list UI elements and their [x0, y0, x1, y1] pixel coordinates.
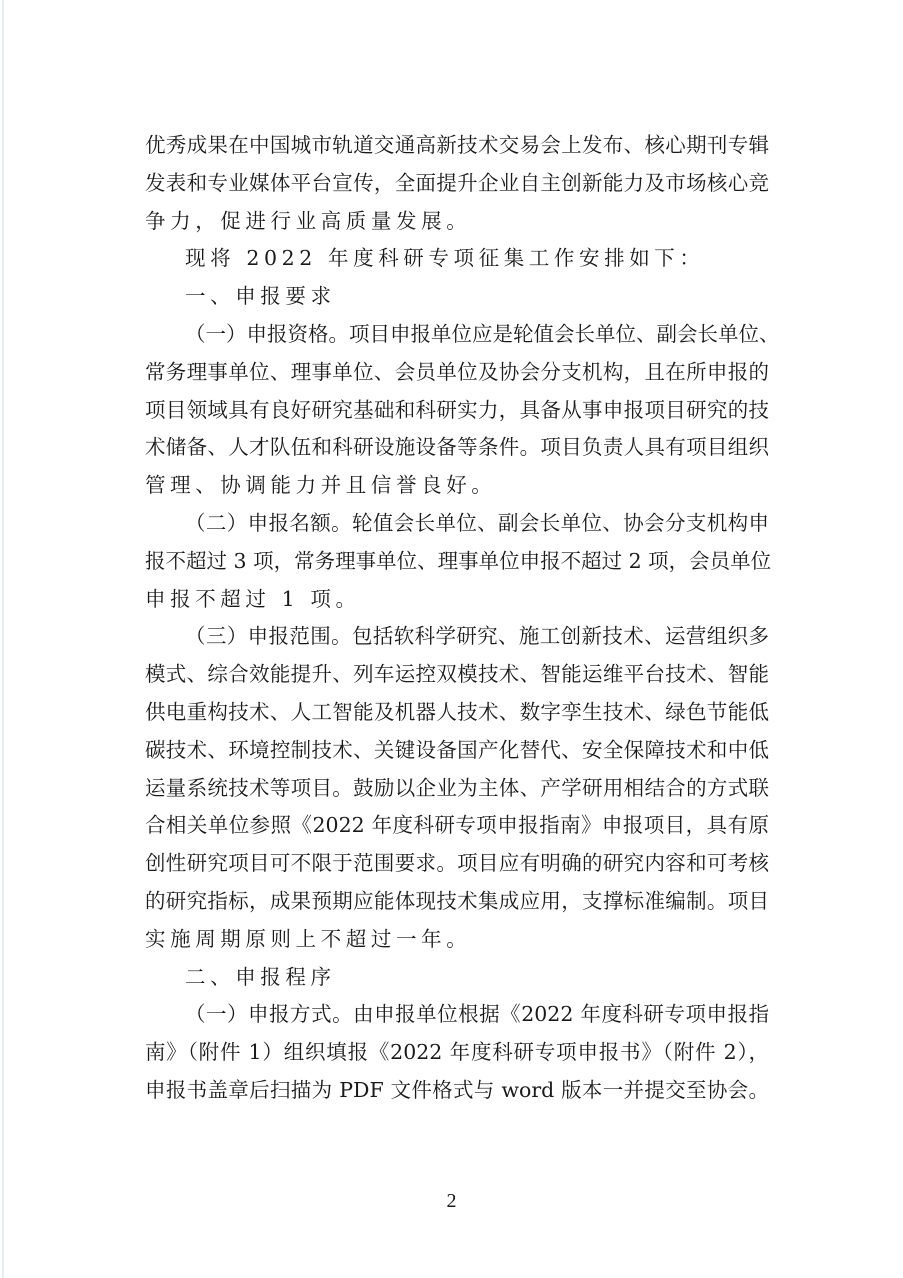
- paragraph-line: 创性研究项目可不限于范围要求。项目应有明确的研究内容和可考核: [145, 845, 769, 883]
- intro-sentence: 现将 2022 年度科研专项征集工作安排如下：: [145, 240, 769, 278]
- paragraph-line: 模式、综合效能提升、列车运控双模技术、智能运维平台技术、智能: [145, 656, 769, 694]
- paragraph-line: 的研究指标，成果预期应能体现技术集成应用，支撑标准编制。项目: [145, 883, 769, 921]
- paragraph-line: 常务理事单位、理事单位、会员单位及协会分支机构，且在所申报的: [145, 354, 769, 392]
- paragraph-line: 南》（附件 1）组织填报《2022 年度科研专项申报书》（附件 2），: [145, 1034, 769, 1072]
- paragraph-line: （二）申报名额。轮值会长单位、副会长单位、协会分支机构申: [145, 505, 769, 543]
- paragraph-line: 管理、协调能力并且信誉良好。: [145, 467, 769, 505]
- section-heading-1: 一、申报要求: [145, 278, 769, 316]
- paragraph-line: 报不超过 3 项，常务理事单位、理事单位申报不超过 2 项，会员单位: [145, 543, 769, 581]
- document-body: 优秀成果在中国城市轨道交通高新技术交易会上发布、核心期刊专辑 发表和专业媒体平台…: [145, 127, 769, 1110]
- paragraph-line: 碳技术、环境控制技术、关键设备国产化替代、安全保障技术和中低: [145, 732, 769, 770]
- paragraph-line: 合相关单位参照《2022 年度科研专项申报指南》申报项目，具有原: [145, 807, 769, 845]
- page-number: 2: [0, 1190, 903, 1213]
- paragraph-line: 运量系统技术等项目。鼓励以企业为主体、产学研用相结合的方式联: [145, 770, 769, 808]
- paragraph-line: 争力，促进行业高质量发展。: [145, 203, 769, 241]
- document-page: 优秀成果在中国城市轨道交通高新技术交易会上发布、核心期刊专辑 发表和专业媒体平台…: [0, 0, 903, 1278]
- paragraph-line: 发表和专业媒体平台宣传，全面提升企业自主创新能力及市场核心竞: [145, 165, 769, 203]
- paragraph-line: （三）申报范围。包括软科学研究、施工创新技术、运营组织多: [145, 618, 769, 656]
- paragraph-line: 申报书盖章后扫描为 PDF 文件格式与 word 版本一并提交至协会。: [145, 1072, 769, 1110]
- paragraph-line: 申报不超过 1 项。: [145, 581, 769, 619]
- paragraph-line: 实施周期原则上不超过一年。: [145, 921, 769, 959]
- paragraph-line: （一）申报方式。由申报单位根据《2022 年度科研专项申报指: [145, 996, 769, 1034]
- paragraph-line: 优秀成果在中国城市轨道交通高新技术交易会上发布、核心期刊专辑: [145, 127, 769, 165]
- paragraph-line: 供电重构技术、人工智能及机器人技术、数字孪生技术、绿色节能低: [145, 694, 769, 732]
- scan-edge-line: [2, 0, 4, 1278]
- section-heading-2: 二、申报程序: [145, 959, 769, 997]
- paragraph-line: 术储备、人才队伍和科研设施设备等条件。项目负责人具有项目组织: [145, 429, 769, 467]
- paragraph-line: （一）申报资格。项目申报单位应是轮值会长单位、副会长单位、: [145, 316, 769, 354]
- paragraph-line: 项目领域具有良好研究基础和科研实力，具备从事申报项目研究的技: [145, 392, 769, 430]
